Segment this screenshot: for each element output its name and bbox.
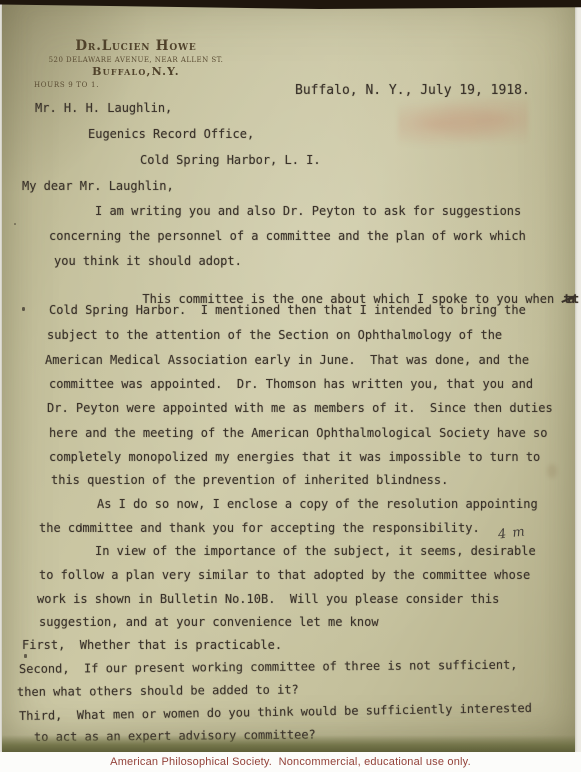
letter-line: suggestion, and at your convenience let …	[39, 615, 379, 629]
letter-line: the committee and thank you for acceptin…	[39, 521, 480, 535]
recipient-office-line: Eugenics Record Office,	[88, 127, 254, 141]
letter-line: concerning the personnel of a committee …	[49, 229, 526, 243]
letter-line: this question of the prevention of inher…	[51, 473, 448, 487]
ink-speck	[80, 523, 82, 532]
overstrike-correction: tat	[563, 292, 576, 306]
letterhead: Dr.Lucien Howe 520 DELAWARE AVENUE, NEAR…	[30, 38, 242, 89]
archive-caption-strip: American Philosophical Society. Noncomme…	[0, 752, 581, 772]
numbered-point-third: Third, What men or women do you think wo…	[19, 701, 532, 723]
ink-speck	[14, 223, 16, 225]
letter-line: American Medical Association early in Ju…	[45, 353, 529, 367]
letterhead-city: Buffalo,N.Y.	[30, 65, 242, 78]
salutation-line: My dear Mr. Laughlin,	[22, 179, 174, 193]
ink-speck	[24, 654, 27, 658]
letter-line: As I do so now, I enclose a copy of the …	[97, 497, 538, 511]
archive-caption: American Philosophical Society. Noncomme…	[110, 756, 471, 768]
letter-line: Dr. Peyton were appointed with me as mem…	[47, 401, 553, 415]
handwritten-insertion: 4 m	[497, 524, 526, 542]
letter-line: here and the meeting of the American Oph…	[49, 426, 548, 440]
letter-line: work is shown in Bulletin No.10B. Will y…	[37, 592, 499, 606]
ink-speck	[81, 456, 83, 462]
numbered-point-second: Second, If our present working committee…	[19, 658, 518, 676]
date-line: Buffalo, N. Y., July 19, 1918.	[295, 84, 530, 98]
letterhead-name: Dr.Lucien Howe	[30, 38, 242, 54]
ink-speck	[22, 307, 25, 311]
letter-line: In view of the importance of the subject…	[95, 544, 536, 558]
paper-bottom-shadow	[2, 735, 575, 752]
letter-line: to follow a plan very similar to that ad…	[39, 568, 530, 582]
recipient-name-line: Mr. H. H. Laughlin,	[35, 101, 172, 115]
paper-stain	[547, 464, 557, 478]
letter-line: I am writing you and also Dr. Peyton to …	[95, 204, 521, 218]
letter-line: subject to the attention of the Section …	[47, 328, 502, 342]
numbered-point-second-cont: then what others should be added to it?	[17, 683, 299, 699]
red-ink-bleed-smudge	[398, 98, 528, 150]
letter-line: Cold Spring Harbor. I mentioned then tha…	[49, 303, 526, 317]
letterhead-address: 520 DELAWARE AVENUE, NEAR ALLEN ST.	[30, 56, 242, 64]
letter-line: completely monopolized my energies that …	[49, 450, 540, 464]
recipient-city-line: Cold Spring Harbor, L. I.	[140, 153, 321, 167]
letter-line: committee was appointed. Dr. Thomson has…	[49, 377, 533, 391]
letter-line: you think it should adopt.	[54, 254, 242, 268]
letter-paper: Dr.Lucien Howe 520 DELAWARE AVENUE, NEAR…	[2, 4, 575, 752]
numbered-point-first: First, Whether that is practicable.	[22, 638, 282, 652]
scanned-letter-photo: Dr.Lucien Howe 520 DELAWARE AVENUE, NEAR…	[0, 0, 581, 772]
letterhead-hours: HOURS 9 TO 1.	[34, 81, 242, 89]
